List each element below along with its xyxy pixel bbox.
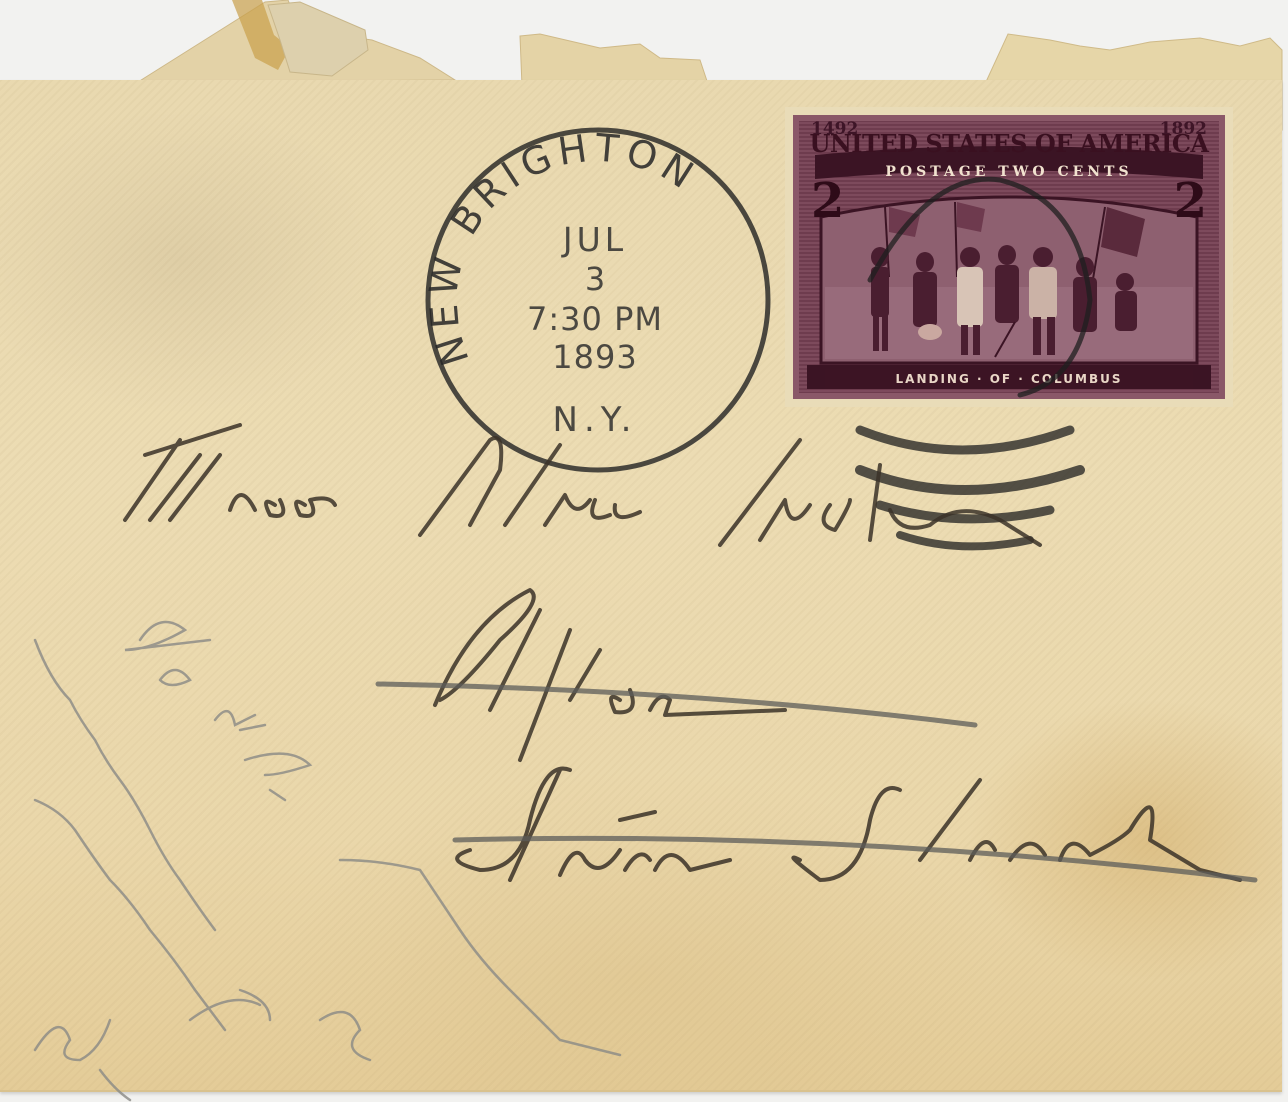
postmark-time: 7:30 PM: [470, 300, 720, 338]
stamp-value-text: POSTAGE TWO CENTS: [785, 164, 1233, 180]
postage-stamp: 1492 1892 UNITED STATES OF AMERICA POSTA…: [785, 107, 1233, 407]
postmark-state: N.Y.: [470, 400, 720, 440]
postmark-month: JUL: [470, 220, 720, 259]
postmark-year: 1893: [470, 338, 720, 376]
stamp-country: UNITED STATES OF AMERICA: [785, 129, 1233, 158]
stamp-denomination-right: 2: [1174, 173, 1207, 229]
envelope-photo: 1492 1892 UNITED STATES OF AMERICA POSTA…: [0, 0, 1288, 1102]
postmark-day: 3: [470, 260, 720, 298]
stamp-caption: LANDING · OF · COLUMBUS: [825, 369, 1193, 389]
stamp-denomination-left: 2: [811, 173, 844, 229]
